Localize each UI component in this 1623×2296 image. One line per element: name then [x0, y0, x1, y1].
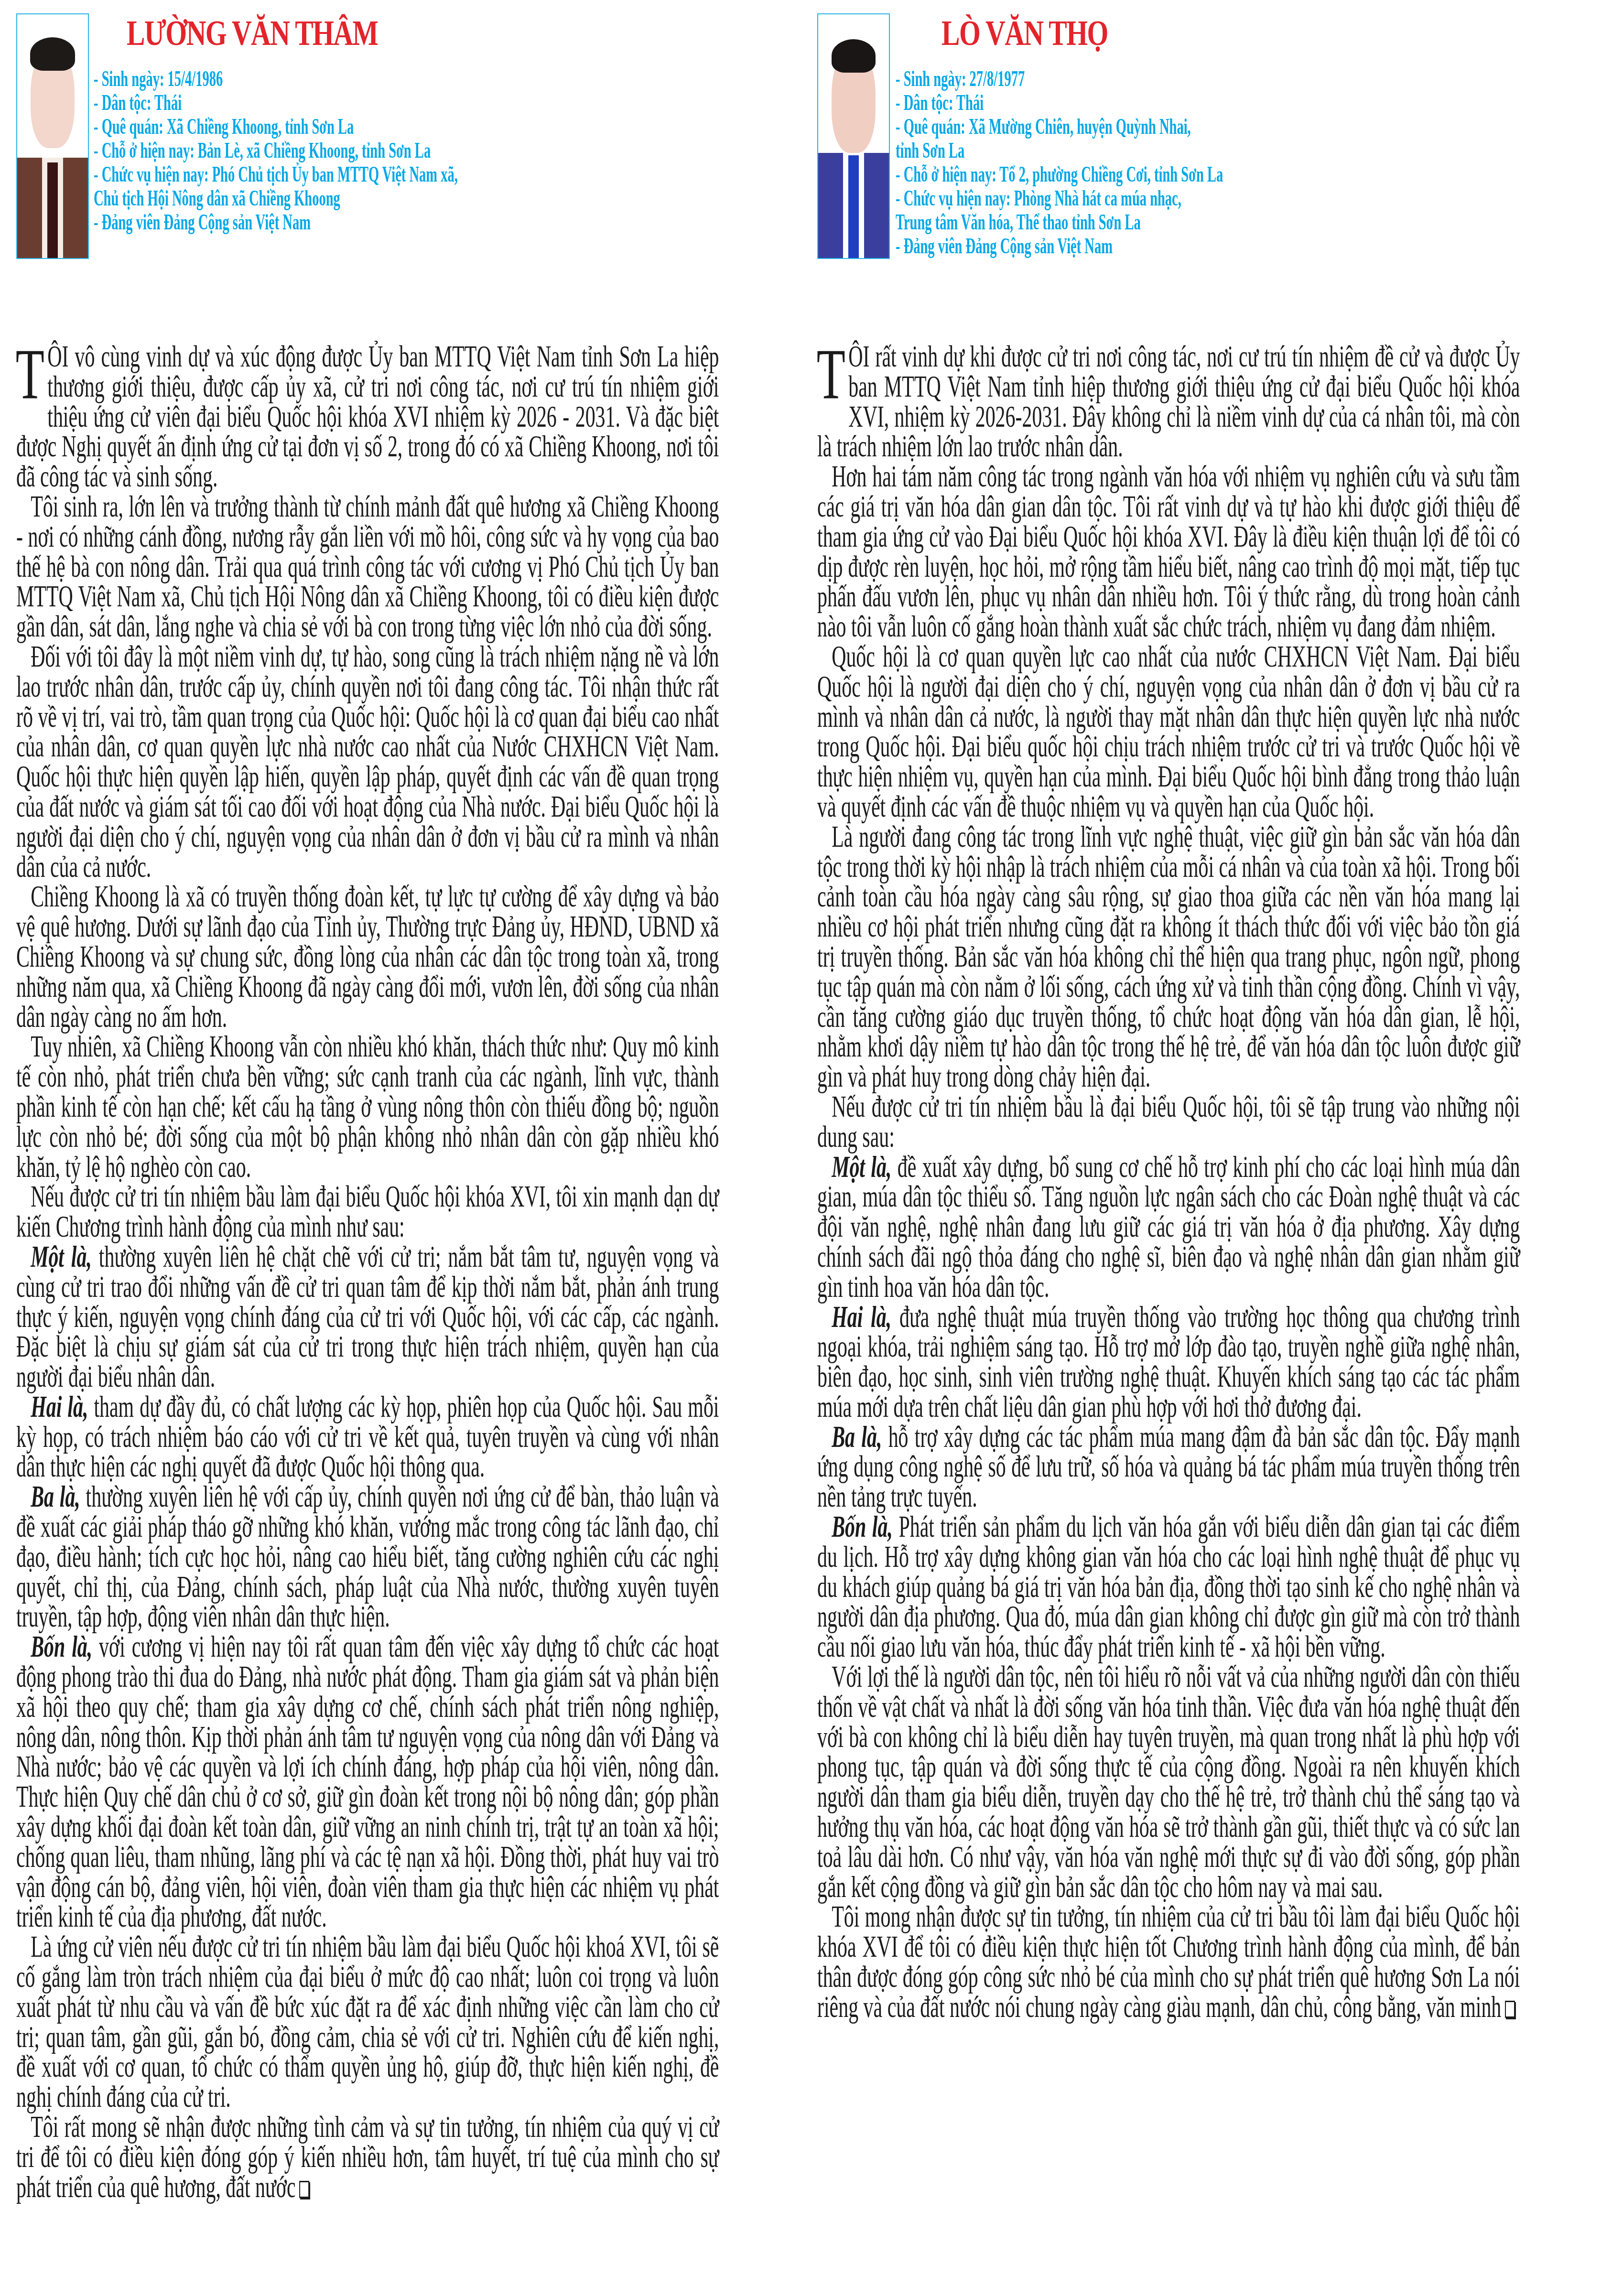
bio-position: - Chức vụ hiện nay: Phó Chủ tịch Ủy ban …	[94, 162, 544, 186]
bio-ethnicity: - Dân tộc: Thái	[94, 91, 544, 115]
bio-hometown-cont: tỉnh Sơn La	[896, 139, 1346, 162]
statement-paragraph: Đối với tôi đây là một niềm vinh dự, tự …	[16, 642, 719, 882]
drop-cap: T	[817, 345, 845, 403]
candidate-profile: LƯỜNG VĂN THÂM - Sinh ngày: 15/4/1986 - …	[0, 0, 812, 311]
bio-residence: - Chỗ ở hiện nay: Tổ 2, phường Chiềng Cơ…	[896, 162, 1346, 186]
bio-hometown: - Quê quán: Xã Mường Chiên, huyện Quỳnh …	[896, 115, 1346, 139]
statement-paragraph: TÔI vô cùng vinh dự và xúc động được Ủy …	[16, 342, 719, 492]
statement-paragraph: Hơn hai tám năm công tác trong ngành văn…	[817, 462, 1520, 642]
bio-party-member: - Đảng viên Đảng Cộng sản Việt Nam	[94, 210, 544, 234]
candidate-profile: LÒ VĂN THỌ - Sinh ngày: 27/8/1977 - Dân …	[812, 0, 1623, 311]
bio-hometown: - Quê quán: Xã Chiềng Khoong, tỉnh Sơn L…	[94, 115, 544, 139]
candidate-bio: - Sinh ngày: 15/4/1986 - Dân tộc: Thái -…	[94, 67, 820, 234]
statement-closing: Tôi rất mong sẽ nhận được những tình cảm…	[16, 2112, 719, 2202]
bio-party-member: - Đảng viên Đảng Cộng sản Việt Nam	[896, 234, 1346, 258]
candidate-column-left: LƯỜNG VĂN THÂM - Sinh ngày: 15/4/1986 - …	[0, 0, 812, 311]
bio-position-cont: Trung tâm Văn hóa, Thể thao tỉnh Sơn La	[896, 210, 1346, 234]
action-item-4: Bốn là, Phát triển sản phẩm du lịch văn …	[817, 1512, 1520, 1662]
bio-ethnicity: - Dân tộc: Thái	[896, 91, 1346, 115]
candidate-portrait-photo	[16, 13, 89, 259]
statement-closing: Tôi mong nhận được sự tin tưởng, tín nhi…	[817, 1902, 1520, 2022]
statement-paragraph: Tôi sinh ra, lớn lên và trưởng thành từ …	[16, 492, 719, 642]
candidate-statement: TÔI vô cùng vinh dự và xúc động được Ủy …	[16, 342, 719, 2202]
candidate-name: LÒ VĂN THỌ	[941, 13, 1108, 54]
candidate-bio: - Sinh ngày: 27/8/1977 - Dân tộc: Thái -…	[896, 67, 1622, 258]
statement-paragraph: Chiềng Khoong là xã có truyền thống đoàn…	[16, 882, 719, 1032]
end-mark-icon	[299, 2181, 309, 2198]
candidate-name: LƯỜNG VĂN THÂM	[127, 13, 378, 54]
statement-paragraph: Quốc hội là cơ quan quyền lực cao nhất c…	[817, 642, 1520, 822]
bio-position: - Chức vụ hiện nay: Phòng Nhà hát ca múa…	[896, 186, 1346, 210]
action-item-2: Hai là, tham dự đầy đủ, có chất lượng cá…	[16, 1392, 719, 1482]
candidate-column-right: LÒ VĂN THỌ - Sinh ngày: 27/8/1977 - Dân …	[812, 0, 1623, 311]
end-mark-icon	[1505, 2001, 1515, 2018]
statement-paragraph: Là ứng cử viên nếu được cử tri tín nhiệm…	[16, 1932, 719, 2112]
candidate-statement: TÔI rất vinh dự khi được cử tri nơi công…	[817, 342, 1520, 2022]
statement-paragraph: Nếu được cử tri tín nhiệm bầu là đại biể…	[817, 1092, 1520, 1152]
statement-paragraph: Nếu được cử tri tín nhiệm bầu làm đại bi…	[16, 1182, 719, 1242]
action-item-4: Bốn là, với cương vị hiện nay tôi rất qu…	[16, 1632, 719, 1932]
action-item-3: Ba là, thường xuyên liên hệ với cấp ủy, …	[16, 1482, 719, 1632]
bio-position-cont: Chủ tịch Hội Nông dân xã Chiềng Khoong	[94, 186, 544, 210]
drop-cap: T	[16, 345, 44, 403]
bio-birthdate: - Sinh ngày: 15/4/1986	[94, 67, 544, 91]
statement-paragraph: Là người đang công tác trong lĩnh vực ng…	[817, 822, 1520, 1092]
bio-birthdate: - Sinh ngày: 27/8/1977	[896, 67, 1346, 91]
candidate-portrait-photo	[817, 13, 890, 259]
action-item-2: Hai là, đưa nghệ thuật múa truyền thống …	[817, 1302, 1520, 1422]
action-item-1: Một là, thường xuyên liên hệ chặt chẽ vớ…	[16, 1242, 719, 1392]
action-item-3: Ba là, hỗ trợ xây dựng các tác phẩm múa …	[817, 1422, 1520, 1512]
statement-paragraph: TÔI rất vinh dự khi được cử tri nơi công…	[817, 342, 1520, 462]
bio-residence: - Chỗ ở hiện nay: Bản Lè, xã Chiềng Khoo…	[94, 139, 544, 162]
action-item-1: Một là, đề xuất xây dựng, bổ sung cơ chế…	[817, 1152, 1520, 1302]
statement-paragraph: Tuy nhiên, xã Chiềng Khoong vẫn còn nhiề…	[16, 1032, 719, 1182]
statement-paragraph: Với lợi thế là người dân tộc, nên tôi hi…	[817, 1662, 1520, 1902]
